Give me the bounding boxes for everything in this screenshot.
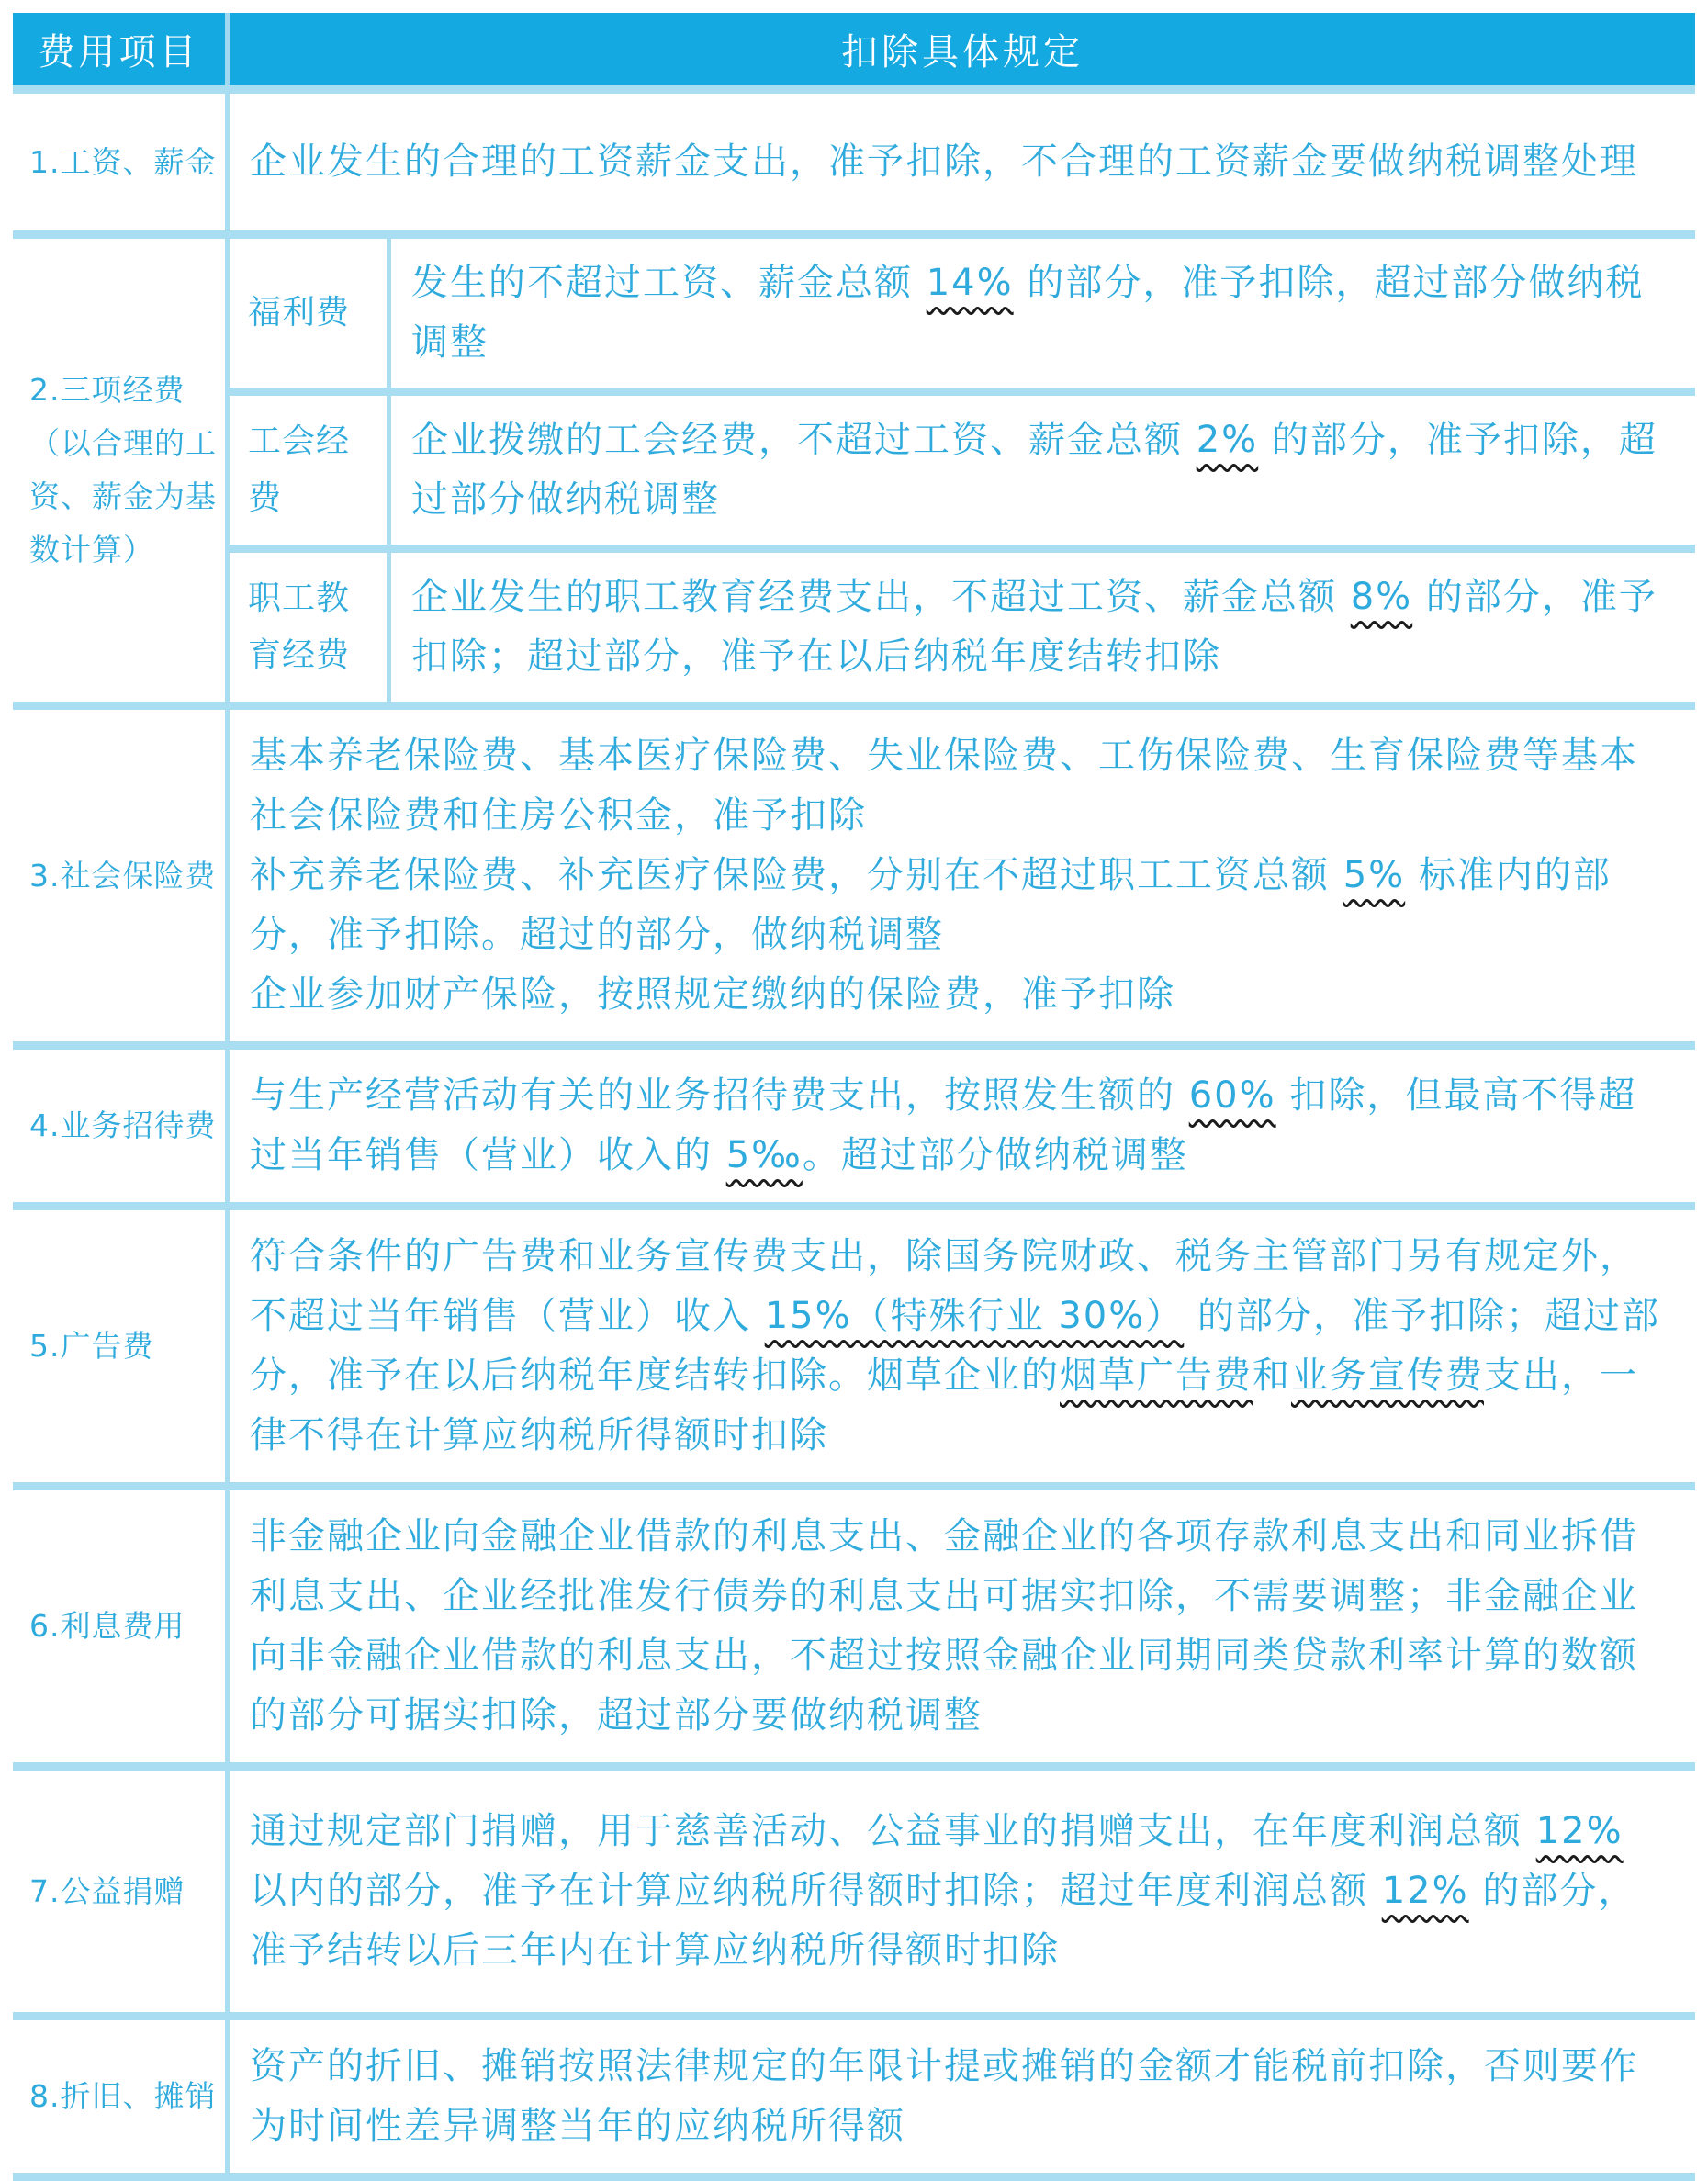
row-rule-cell: 企业发生的合理的工资薪金支出，准予扣除，不合理的工资薪金要做纳税调整处理	[230, 94, 1695, 230]
row-item-label: 1.工资、薪金	[13, 94, 230, 230]
emphasized-value: 业务宣传费	[1291, 1355, 1484, 1397]
text-segment: 与生产经营活动有关的业务招待费支出，按照发生额的	[250, 1074, 1189, 1117]
sub-row: 职工教育经费 企业发生的职工教育经费支出，不超过工资、薪金总额 8% 的部分，准…	[230, 545, 1695, 702]
text-segment: 资产的折旧、摊销按照法律规定的年限计提或摊销的金额才能税前扣除，否则要作为时间性…	[250, 2045, 1638, 2147]
text-segment: 发生的不超过工资、薪金总额	[411, 262, 927, 304]
row-rule-text: 通过规定部门捐赠，用于慈善活动、公益事业的捐赠支出，在年度利润总额 12% 以内…	[250, 1802, 1671, 1981]
text-segment: 非金融企业向金融企业借款的利息支出、金融企业的各项存款利息支出和同业拆借利息支出…	[250, 1515, 1638, 1737]
header-expense-item: 费用项目	[13, 13, 230, 85]
table-row: 8.折旧、摊销 资产的折旧、摊销按照法律规定的年限计提或摊销的金额才能税前扣除，…	[13, 2020, 1695, 2181]
nested-subtable: 福利费 发生的不超过工资、薪金总额 14% 的部分，准予扣除，超过部分做纳税调整…	[230, 239, 1695, 702]
emphasized-value: 2%	[1197, 419, 1258, 461]
sub-row-rule-cell: 企业拨缴的工会经费，不超过工资、薪金总额 2% 的部分，准予扣除，超过部分做纳税…	[391, 396, 1695, 545]
emphasized-value: 14%	[927, 262, 1014, 304]
row-rule-cell: 非金融企业向金融企业借款的利息支出、金融企业的各项存款利息支出和同业拆借利息支出…	[230, 1490, 1695, 1762]
row-rule-cell: 基本养老保险费、基本医疗保险费、失业保险费、工伤保险费、生育保险费等基本社会保险…	[230, 710, 1695, 1041]
sub-row-label: 工会经费	[230, 396, 391, 545]
tax-deduction-table: 费用项目 扣除具体规定 1.工资、薪金 企业发生的合理的工资薪金支出，准予扣除，…	[13, 13, 1695, 2181]
row-item-label: 3.社会保险费	[13, 710, 230, 1041]
emphasized-value: 12%	[1536, 1810, 1624, 1852]
row-item-label: 2.三项经费（以合理的工资、薪金为基数计算）	[13, 239, 230, 702]
emphasized-value: 5‰	[726, 1134, 803, 1176]
emphasized-value: 烟草广告费	[1060, 1355, 1253, 1397]
row-rule-text: 资产的折旧、摊销按照法律规定的年限计提或摊销的金额才能税前扣除，否则要作为时间性…	[250, 2037, 1671, 2156]
sub-row-rule-cell: 发生的不超过工资、薪金总额 14% 的部分，准予扣除，超过部分做纳税调整	[391, 239, 1695, 388]
table-row: 1.工资、薪金 企业发生的合理的工资薪金支出，准予扣除，不合理的工资薪金要做纳税…	[13, 94, 1695, 239]
text-segment: 企业发生的职工教育经费支出，不超过工资、薪金总额	[411, 576, 1351, 618]
emphasized-value: 12%	[1382, 1870, 1469, 1912]
row-rule-cell: 符合条件的广告费和业务宣传费支出，除国务院财政、税务主管部门另有规定外，不超过当…	[230, 1210, 1695, 1482]
sub-row-label: 职工教育经费	[230, 553, 391, 702]
sub-row-rule-cell: 企业发生的职工教育经费支出，不超过工资、薪金总额 8% 的部分，准予扣除；超过部…	[391, 553, 1695, 702]
table-header-row: 费用项目 扣除具体规定	[13, 13, 1695, 94]
text-segment: 基本养老保险费、基本医疗保险费、失业保险费、工伤保险费、生育保险费等基本社会保险…	[250, 735, 1638, 837]
table-row: 2.三项经费（以合理的工资、薪金为基数计算） 福利费 发生的不超过工资、薪金总额…	[13, 239, 1695, 710]
row-rule-cell: 资产的折旧、摊销按照法律规定的年限计提或摊销的金额才能税前扣除，否则要作为时间性…	[230, 2020, 1695, 2173]
sub-row-label: 福利费	[230, 239, 391, 388]
header-deduction-rule: 扣除具体规定	[230, 13, 1695, 85]
sub-row-rule-text: 企业发生的职工教育经费支出，不超过工资、薪金总额 8% 的部分，准予扣除；超过部…	[411, 568, 1675, 687]
text-segment: 企业拨缴的工会经费，不超过工资、薪金总额	[411, 419, 1197, 461]
emphasized-value: 5%	[1343, 854, 1405, 896]
text-segment: 通过规定部门捐赠，用于慈善活动、公益事业的捐赠支出，在年度利润总额	[250, 1810, 1536, 1852]
text-segment: 企业参加财产保险，按照规定缴纳的保险费，准予扣除	[250, 973, 1175, 1016]
table-row: 7.公益捐赠 通过规定部门捐赠，用于慈善活动、公益事业的捐赠支出，在年度利润总额…	[13, 1771, 1695, 2020]
row-rule-text: 非金融企业向金融企业借款的利息支出、金融企业的各项存款利息支出和同业拆借利息支出…	[250, 1507, 1671, 1746]
row-rule-text: 符合条件的广告费和业务宣传费支出，除国务院财政、税务主管部门另有规定外，不超过当…	[250, 1227, 1671, 1466]
text-segment: 和	[1253, 1355, 1291, 1397]
table-row: 4.业务招待费 与生产经营活动有关的业务招待费支出，按照发生额的 60% 扣除，…	[13, 1050, 1695, 1210]
table-row: 5.广告费 符合条件的广告费和业务宣传费支出，除国务院财政、税务主管部门另有规定…	[13, 1210, 1695, 1490]
emphasized-value: 60%	[1189, 1074, 1276, 1117]
text-segment: 。超过部分做纳税调整	[803, 1134, 1188, 1176]
sub-row-rule-text: 发生的不超过工资、薪金总额 14% 的部分，准予扣除，超过部分做纳税调整	[411, 253, 1675, 373]
row-item-label: 5.广告费	[13, 1210, 230, 1482]
table-row: 3.社会保险费 基本养老保险费、基本医疗保险费、失业保险费、工伤保险费、生育保险…	[13, 710, 1695, 1050]
text-segment: 以内的部分，准予在计算应纳税所得额时扣除；超过年度利润总额	[250, 1870, 1382, 1912]
row-rule-text: 基本养老保险费、基本医疗保险费、失业保险费、工伤保险费、生育保险费等基本社会保险…	[250, 726, 1671, 1025]
emphasized-value: 8%	[1351, 576, 1412, 618]
sub-row: 福利费 发生的不超过工资、薪金总额 14% 的部分，准予扣除，超过部分做纳税调整	[230, 239, 1695, 388]
text-segment: 补充养老保险费、补充医疗保险费，分别在不超过职工工资总额	[250, 854, 1343, 896]
emphasized-value: 15%（特殊行业 30%）	[765, 1295, 1185, 1337]
row-rule-cell: 与生产经营活动有关的业务招待费支出，按照发生额的 60% 扣除，但最高不得超过当…	[230, 1050, 1695, 1202]
row-rule-text: 企业发生的合理的工资薪金支出，准予扣除，不合理的工资薪金要做纳税调整处理	[250, 132, 1671, 192]
sub-row-rule-text: 企业拨缴的工会经费，不超过工资、薪金总额 2% 的部分，准予扣除，超过部分做纳税…	[411, 410, 1675, 530]
row-item-label: 7.公益捐赠	[13, 1771, 230, 2012]
row-item-label: 4.业务招待费	[13, 1050, 230, 1202]
table-row: 6.利息费用 非金融企业向金融企业借款的利息支出、金融企业的各项存款利息支出和同…	[13, 1490, 1695, 1771]
row-rule-cell: 通过规定部门捐赠，用于慈善活动、公益事业的捐赠支出，在年度利润总额 12% 以内…	[230, 1771, 1695, 2012]
row-rule-text: 与生产经营活动有关的业务招待费支出，按照发生额的 60% 扣除，但最高不得超过当…	[250, 1066, 1671, 1186]
text-segment: 企业发生的合理的工资薪金支出，准予扣除，不合理的工资薪金要做纳税调整处理	[250, 141, 1638, 183]
sub-row: 工会经费 企业拨缴的工会经费，不超过工资、薪金总额 2% 的部分，准予扣除，超过…	[230, 388, 1695, 545]
row-item-label: 8.折旧、摊销	[13, 2020, 230, 2173]
row-item-label: 6.利息费用	[13, 1490, 230, 1762]
